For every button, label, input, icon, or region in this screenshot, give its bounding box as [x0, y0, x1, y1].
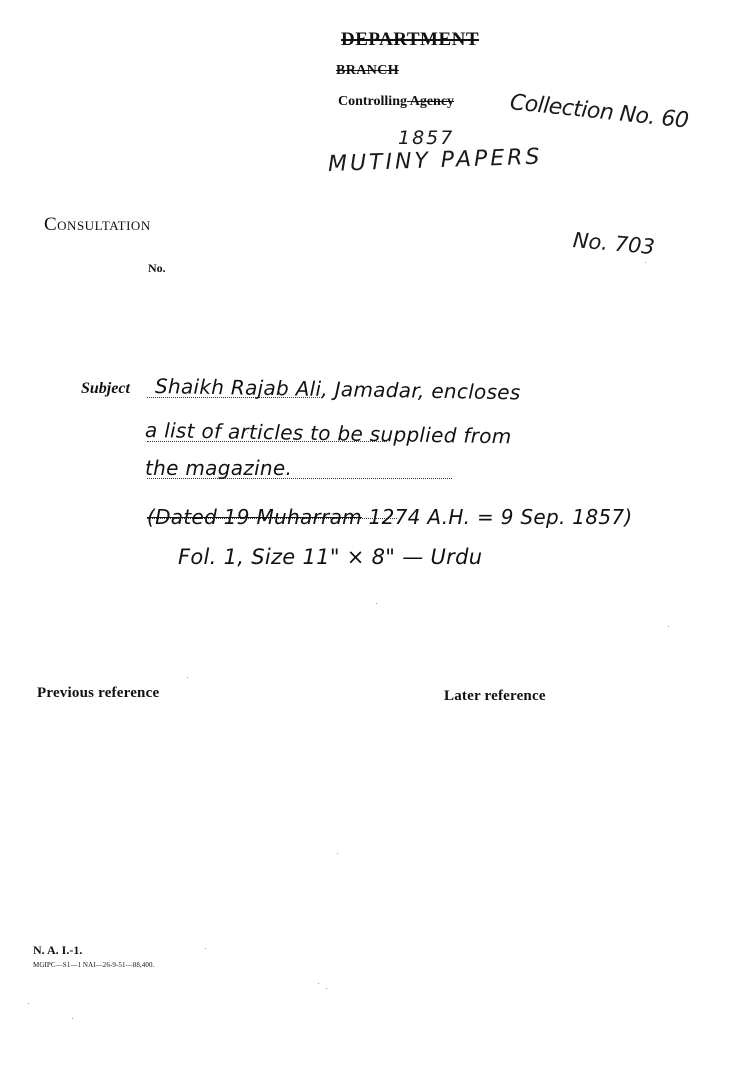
- previous-reference-label: Previous reference: [37, 685, 159, 702]
- controlling-agency-heading: Controlling Agency: [338, 94, 454, 110]
- subject-line-2: a list of articles to be supplied from: [145, 418, 512, 448]
- branch-label: BRANCH: [336, 63, 399, 78]
- form-code: N. A. I.-1.: [33, 943, 82, 958]
- branch-heading: BRANCH: [336, 63, 399, 79]
- consultation-heading: Consultation: [44, 214, 151, 236]
- scan-speck: [318, 983, 319, 984]
- collection-number-handwritten: Collection No. 60: [509, 90, 690, 134]
- scan-speck: [247, 432, 248, 433]
- date-text: 1274 A.H. = 9 Sep. 1857): [362, 505, 633, 529]
- later-reference-label: Later reference: [444, 688, 546, 705]
- scan-speck: [645, 262, 646, 263]
- scan-speck: [72, 1018, 73, 1019]
- department-heading: DEPARTMENT: [341, 29, 479, 51]
- subject-label: Subject: [81, 380, 130, 398]
- scan-speck: [187, 677, 188, 678]
- consultation-number-handwritten: No. 703: [572, 228, 656, 259]
- scan-speck: [376, 603, 377, 604]
- consultation-number-label: No.: [148, 261, 166, 276]
- controlling-label: Controlling: [338, 94, 407, 109]
- subject-line-4-date: (Dated 19 Muharram 1274 A.H. = 9 Sep. 18…: [147, 505, 633, 529]
- date-struck-text: (Dated 19 Muharram: [147, 505, 362, 529]
- agency-label: Agency: [407, 94, 454, 109]
- scan-speck: [668, 626, 669, 627]
- scan-speck: [337, 853, 338, 854]
- scan-speck: [28, 1003, 29, 1004]
- print-info: MGIPC—S1—1 NAI—26-9-51—88,400.: [33, 961, 154, 969]
- mutiny-papers-handwritten: MUTINY PAPERS: [328, 145, 543, 177]
- scan-speck: [205, 948, 206, 949]
- scan-speck: [668, 123, 669, 124]
- year-handwritten: 1857: [398, 127, 454, 149]
- subject-line-1: Shaikh Rajab Ali, Jamadar, encloses: [155, 374, 521, 404]
- scan-speck: [326, 988, 327, 989]
- subject-line-5-folio: Fol. 1, Size 11" × 8" — Urdu: [178, 545, 482, 569]
- subject-line-3: the magazine.: [145, 456, 292, 480]
